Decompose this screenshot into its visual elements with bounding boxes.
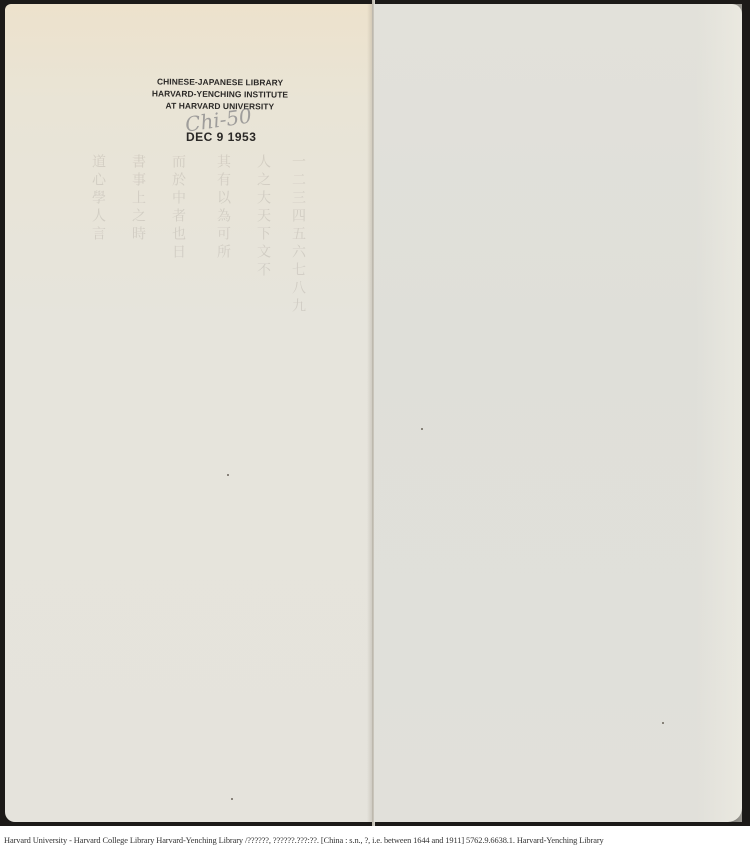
paper-speck bbox=[227, 474, 229, 476]
paper-speck bbox=[662, 722, 664, 724]
bleed-through-text: 人之大天下文不 bbox=[260, 154, 274, 280]
scanned-book-spread: 一二三四五六七八九 人之大天下文不 其有以為可所 而於中者也日 書事上之時 道心… bbox=[0, 0, 750, 826]
source-caption: Harvard University - Harvard College Lib… bbox=[4, 836, 604, 845]
bleed-through-text: 一二三四五六七八九 bbox=[295, 154, 309, 316]
bleed-through-text: 而於中者也日 bbox=[175, 154, 189, 262]
page-edge bbox=[696, 4, 742, 822]
paper-speck bbox=[231, 798, 233, 800]
paper-speck bbox=[421, 428, 423, 430]
bleed-through-text: 書事上之時 bbox=[135, 154, 149, 244]
bleed-through-text: 其有以為可所 bbox=[220, 154, 234, 262]
bleed-through-text: 道心學人言 bbox=[95, 154, 109, 244]
right-page bbox=[374, 4, 742, 822]
stamp-date: DEC 9 1953 bbox=[186, 130, 256, 144]
